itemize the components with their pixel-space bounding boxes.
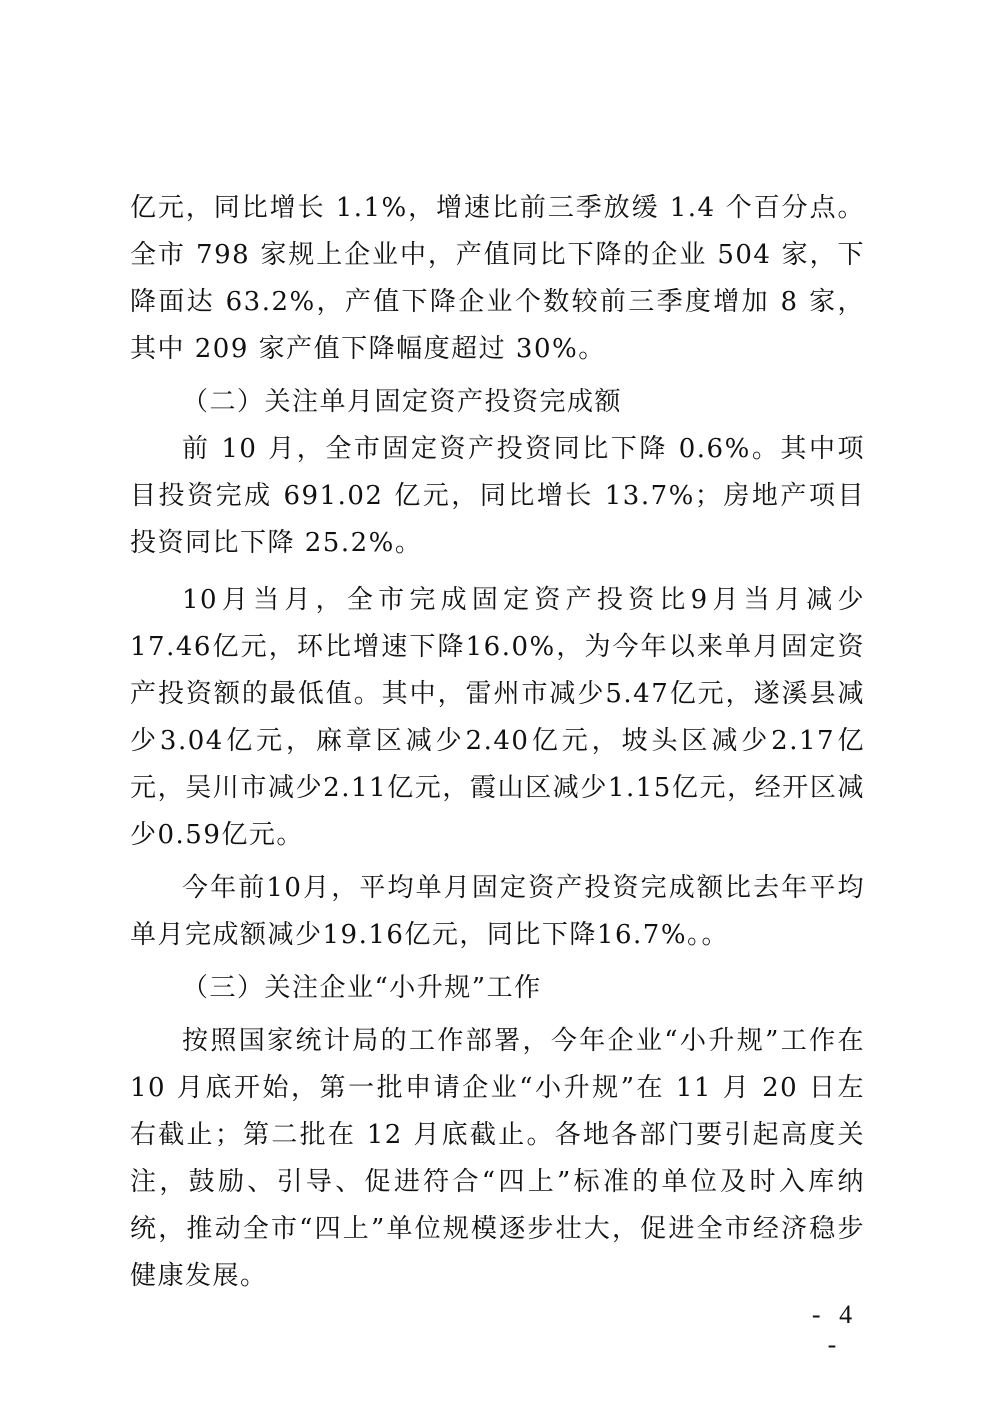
document-body: 亿元，同比增长 1.1%，增速比前三季放缓 1.4 个百分点。全市 798 家规… — [130, 185, 865, 1300]
page-number: - 4 - — [800, 1300, 870, 1360]
document-page: 亿元，同比增长 1.1%，增速比前三季放缓 1.4 个百分点。全市 798 家规… — [0, 0, 992, 1403]
paragraph-industrial-output: 亿元，同比增长 1.1%，增速比前三季放缓 1.4 个百分点。全市 798 家规… — [130, 185, 865, 373]
paragraph-average-monthly-investment: 今年前10月，平均单月固定资产投资完成额比去年平均单月完成额减少19.16亿元，… — [130, 865, 865, 959]
section-heading-fixed-asset-investment: （二）关注单月固定资产投资完成额 — [130, 379, 865, 426]
paragraph-october-investment: 10月当月，全市完成固定资产投资比9月当月减少17.46亿元，环比增速下降16.… — [130, 577, 865, 859]
section-heading-small-to-scale: （三）关注企业“小升规”工作 — [130, 965, 865, 1012]
paragraph-small-to-scale-work: 按照国家统计局的工作部署，今年企业“小升规”工作在 10 月底开始，第一批申请企… — [130, 1018, 865, 1300]
paragraph-investment-ytd: 前 10 月，全市固定资产投资同比下降 0.6%。其中项目投资完成 691.02… — [130, 426, 865, 567]
